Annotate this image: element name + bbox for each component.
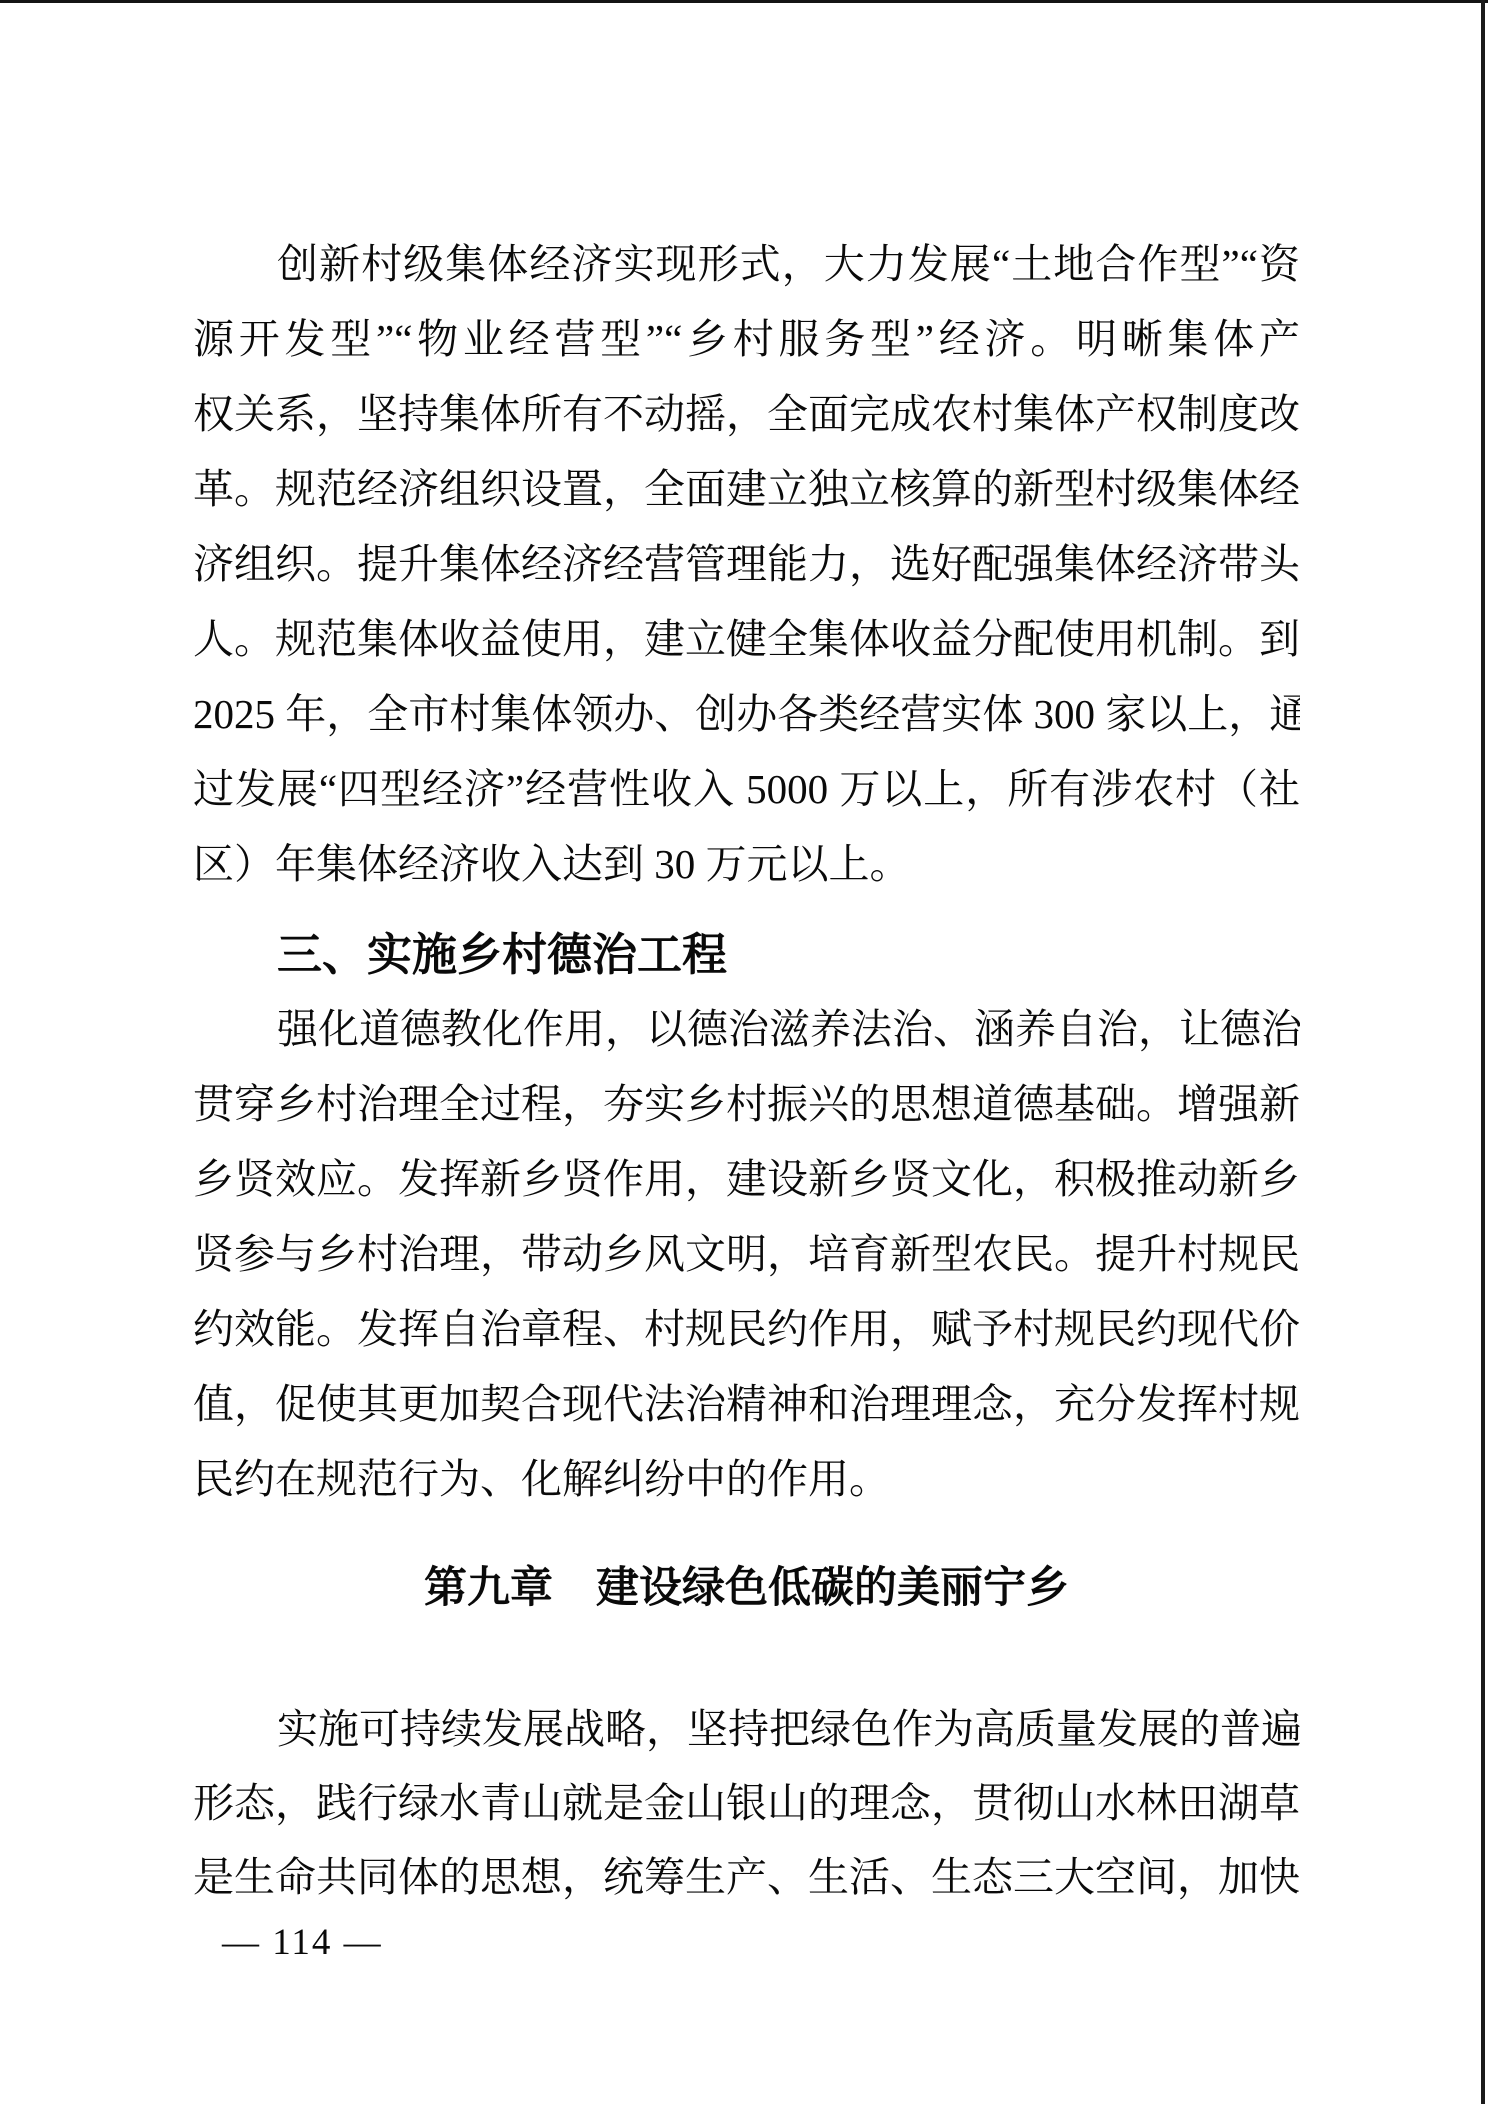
chapter-heading: 第九章 建设绿色低碳的美丽宁乡 bbox=[193, 1548, 1300, 1628]
text-line: 区）年集体经济收入达到 30 万元以上。 bbox=[193, 827, 1300, 902]
text-line: 源开发型”“物业经营型”“乡村服务型”经济。明晰集体产 bbox=[193, 302, 1300, 377]
text-line: 乡贤效应。发挥新乡贤作用，建设新乡贤文化，积极推动新乡 bbox=[193, 1142, 1300, 1217]
text-line: 强化道德教化作用，以德治滋养法治、涵养自治，让德治 bbox=[193, 992, 1300, 1067]
text-line: 民约在规范行为、化解纠纷中的作用。 bbox=[193, 1442, 1300, 1517]
paragraph-collective-economy: 创新村级集体经济实现形式，大力发展“土地合作型”“资源开发型”“物业经营型”“乡… bbox=[193, 227, 1300, 902]
text-line: 形态，践行绿水青山就是金山银山的理念，贯彻山水林田湖草 bbox=[193, 1766, 1300, 1840]
text-line: 过发展“四型经济”经营性收入 5000 万以上，所有涉农村（社 bbox=[193, 752, 1300, 827]
page-number: — 114 — bbox=[222, 1921, 383, 1965]
text-line: 值，促使其更加契合现代法治精神和治理理念，充分发挥村规 bbox=[193, 1367, 1300, 1442]
text-line: 创新村级集体经济实现形式，大力发展“土地合作型”“资 bbox=[193, 227, 1300, 302]
section-heading-block: 三、实施乡村德治工程 bbox=[193, 917, 1300, 992]
section-heading: 三、实施乡村德治工程 bbox=[193, 917, 1300, 992]
text-line: 实施可持续发展战略，坚持把绿色作为高质量发展的普遍 bbox=[193, 1692, 1300, 1766]
text-line: 权关系，坚持集体所有不动摇，全面完成农村集体产权制度改 bbox=[193, 377, 1300, 452]
text-line: 约效能。发挥自治章程、村规民约作用，赋予村规民约现代价 bbox=[193, 1292, 1300, 1367]
text-line: 革。规范经济组织设置，全面建立独立核算的新型村级集体经 bbox=[193, 452, 1300, 527]
scan-edge-top bbox=[0, 0, 1488, 3]
text-line: 人。规范集体收益使用，建立健全集体收益分配使用机制。到 bbox=[193, 602, 1300, 677]
text-line: 贯穿乡村治理全过程，夯实乡村振兴的思想道德基础。增强新 bbox=[193, 1067, 1300, 1142]
chapter-heading-block: 第九章 建设绿色低碳的美丽宁乡 bbox=[193, 1548, 1300, 1628]
text-line: 贤参与乡村治理，带动乡风文明，培育新型农民。提升村规民 bbox=[193, 1217, 1300, 1292]
paragraph-green-development: 实施可持续发展战略，坚持把绿色作为高质量发展的普遍形态，践行绿水青山就是金山银山… bbox=[193, 1692, 1300, 1914]
text-line: 2025 年，全市村集体领办、创办各类经营实体 300 家以上，通 bbox=[193, 677, 1300, 752]
scan-edge-right bbox=[1481, 0, 1485, 2104]
text-line: 济组织。提升集体经济经营管理能力，选好配强集体经济带头 bbox=[193, 527, 1300, 602]
paragraph-rural-moral-governance: 强化道德教化作用，以德治滋养法治、涵养自治，让德治贯穿乡村治理全过程，夯实乡村振… bbox=[193, 992, 1300, 1517]
text-line: 是生命共同体的思想，统筹生产、生活、生态三大空间，加快 bbox=[193, 1840, 1300, 1914]
